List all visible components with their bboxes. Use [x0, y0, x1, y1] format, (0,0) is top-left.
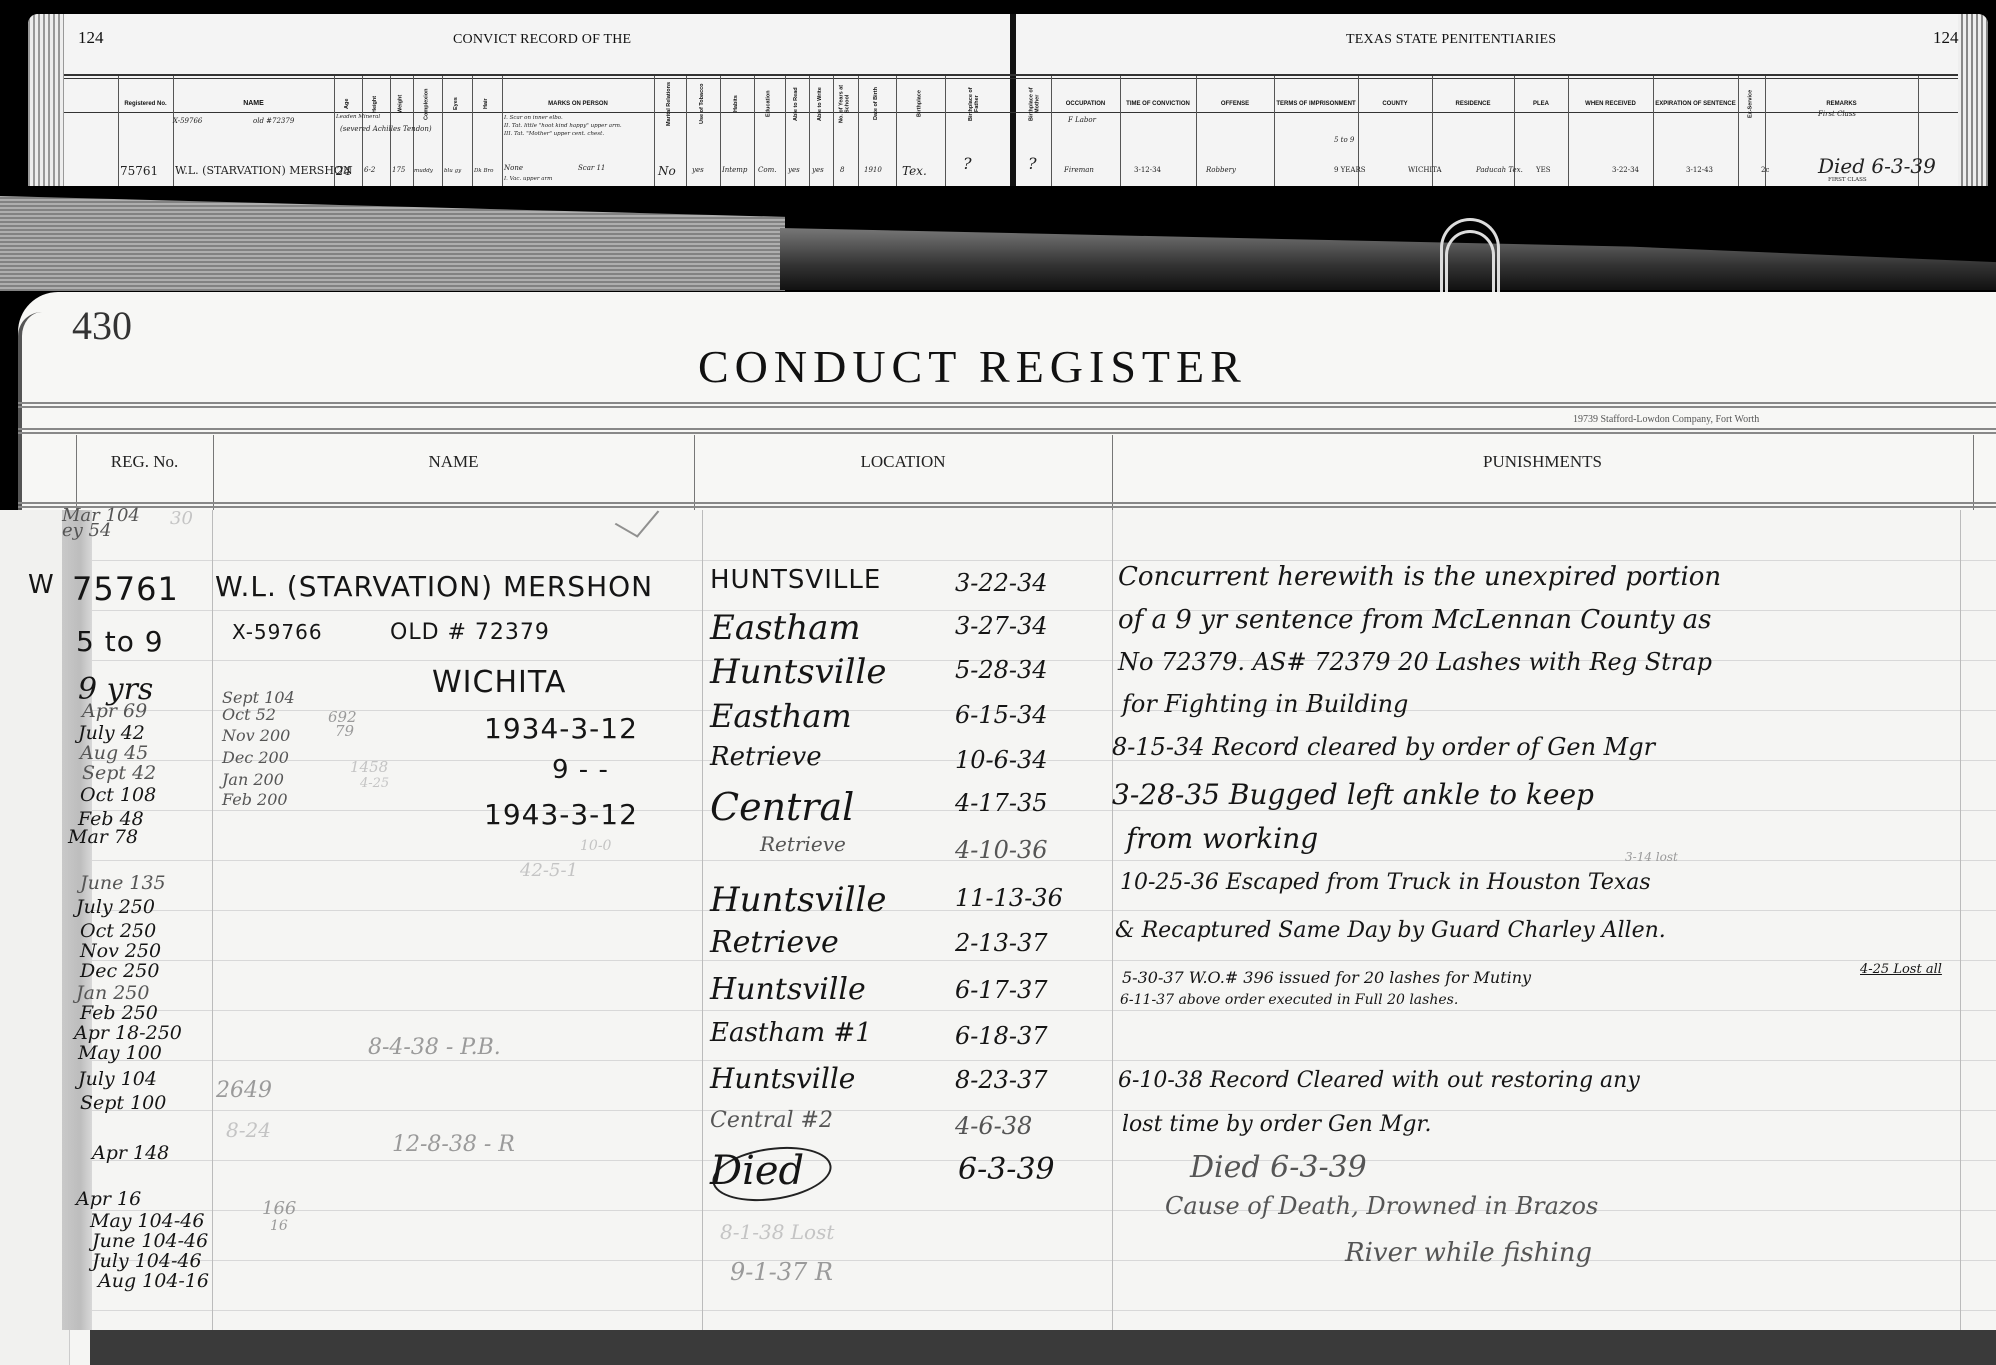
col-education: Education [754, 82, 785, 126]
location-place: Died [710, 1148, 804, 1194]
ex-service: 2c [1761, 166, 1769, 174]
punishment-line: Cause of Death, Drowned in Brazos [1165, 1192, 1598, 1220]
height: 6-2 [364, 166, 375, 174]
margin-note: 4-25 Lost all [1860, 962, 1942, 977]
col-complexion: Complexion [413, 82, 442, 126]
location-date: 6-18-37 [955, 1022, 1048, 1050]
col-time-of-conviction: TIME OF CONVICTION [1120, 82, 1196, 126]
punishment-line: from working [1126, 822, 1318, 855]
ledger-entry: June 104-46 [92, 1230, 208, 1252]
ledger-entry: Apr 148 [92, 1142, 169, 1164]
register-title: CONDUCT REGISTER [698, 340, 1247, 393]
punishment-line: of a 9 yr sentence from McLennan County … [1118, 605, 1712, 635]
pencil-note: 10-0 [580, 838, 611, 854]
age: 24 [336, 164, 351, 178]
book-edge [90, 1330, 1996, 1365]
marks-line-3: III. Tat. "Mother" upper cent. chest. [504, 131, 604, 137]
location-place: HUNTSVILLE [710, 565, 881, 595]
pencil-note: 42-5-1 [520, 860, 578, 881]
col-registered-no: Registered No. [118, 82, 173, 126]
page-edges-left [28, 14, 64, 186]
punishment-line: 10-25-36 Escaped from Truck in Houston T… [1120, 870, 1651, 895]
col-tobacco: Use of Tobacco [686, 82, 720, 126]
ledger-total: 8-24 [226, 1118, 271, 1142]
ledger-entry: Oct 108 [80, 784, 156, 806]
col-able-to-read: Able to Read [785, 82, 809, 126]
col-location: LOCATION [694, 452, 1112, 472]
ledger-entry: July 104 [78, 1068, 157, 1090]
location-place: Huntsville [710, 880, 887, 920]
location-date: 4-6-38 [955, 1112, 1032, 1140]
punishment-line: & Recaptured Same Day by Guard Charley A… [1115, 918, 1666, 943]
marital: No [658, 164, 676, 178]
col-birthplace: Birthplace [896, 82, 945, 126]
punishment-line: lost time by order Gen Mgr. [1122, 1112, 1432, 1137]
location-date: 3-22-34 [955, 569, 1048, 597]
able-to-read: yes [788, 166, 800, 174]
row-mark: W [28, 570, 55, 600]
page-number-right: 124 [1933, 28, 1959, 48]
location-date: 2-13-37 [955, 929, 1048, 957]
punishment-line: No 72379. AS# 72379 20 Lashes with Reg S… [1118, 648, 1712, 676]
location-place: Eastham [710, 608, 861, 648]
punishment-line: Died 6-3-39 [1190, 1150, 1367, 1185]
ledger-entry: Feb 200 [222, 790, 288, 809]
old-number: old #72379 [253, 117, 294, 125]
left-flap-page [0, 510, 70, 1365]
birth-year: 1910 [864, 166, 882, 174]
punishment-line: 8-15-34 Record cleared by order of Gen M… [1112, 733, 1655, 761]
ledger-total: 1458 [350, 758, 388, 776]
ledger-total: 2649 [216, 1078, 272, 1103]
cloth-cover [0, 196, 785, 291]
ledger-entry: Aug 104-16 [98, 1270, 209, 1292]
terms-top: 5 to 9 [1334, 136, 1354, 144]
offense: Robbery [1206, 166, 1236, 174]
school-years: 8 [840, 166, 844, 174]
pencil-note: 12-8-38 - R [392, 1132, 515, 1157]
mother-birthplace: ? [1028, 154, 1037, 173]
ledger-entry: Nov 200 [222, 726, 290, 745]
marks-scar: Scar 11 [578, 164, 605, 172]
register-inmate-name: W.L. (STARVATION) MERSHON [215, 570, 653, 603]
col-marital: Marital Relations [654, 82, 686, 126]
birthplace: Tex. [902, 164, 927, 178]
location-place: Huntsville [710, 1062, 855, 1095]
ledger-entry: Jan 250 [76, 982, 150, 1004]
col-punishments: PUNISHMENTS [1112, 452, 1973, 472]
register-alias: X-59766 [232, 620, 323, 644]
marks-line-1: I. Scar on inner elbo. [504, 115, 563, 121]
spine-cover [780, 228, 1996, 290]
ledger-entry: Sept 42 [82, 762, 156, 784]
col-weight: Weight [390, 82, 413, 126]
ledger-entry: July 42 [78, 722, 145, 744]
expiration-date: 1943-3-12 [484, 798, 638, 831]
punishment-line: 6-11-37 above order executed in Full 20 … [1120, 992, 1458, 1008]
ledger-entry: Sept 100 [80, 1092, 166, 1114]
col-county: COUNTY [1358, 82, 1432, 126]
location-date: 3-27-34 [955, 612, 1048, 640]
injury-note: (severed Achilles Tendon) [340, 125, 432, 133]
alias-number: X-59766 [173, 117, 202, 125]
eyes: blu gy [444, 168, 461, 174]
residence: Paducah Tex. [1476, 166, 1523, 174]
ledger-entry: Jan 200 [222, 770, 284, 789]
expiration: 3-12-43 [1686, 166, 1713, 174]
col-terms: TERMS OF IMPRISONMENT [1274, 82, 1358, 126]
ledger-entry: June 135 [80, 872, 166, 894]
register-reg-no: 75761 [72, 570, 179, 608]
inmate-name: W.L. (STARVATION) MERSHON [175, 164, 353, 177]
convict-record-title: CONVICT RECORD OF THE [453, 32, 631, 48]
hair: Dk Bro [474, 168, 493, 174]
remarks: Died 6-3-39 [1818, 154, 1936, 178]
location-date: 6-17-37 [955, 976, 1048, 1004]
ledger-entry: May 104-46 [90, 1210, 204, 1232]
location-place: Retrieve [710, 742, 822, 772]
ledger-entry: Oct 250 [80, 920, 156, 942]
punishment-line: 6-10-38 Record Cleared with out restorin… [1118, 1068, 1640, 1093]
col-remarks: REMARKS [1765, 82, 1918, 126]
convict-record-page: 124 124 CONVICT RECORD OF THE TEXAS STAT… [28, 14, 1988, 186]
location-date: 11-13-36 [955, 884, 1063, 912]
conviction-date: 1934-3-12 [484, 712, 638, 745]
location-place: Eastham #1 [710, 1018, 872, 1048]
ledger-entry: Feb 250 [80, 1002, 158, 1024]
ledger-entry: Aug 45 [80, 742, 148, 764]
location-place: Huntsville [710, 652, 887, 692]
tobacco: yes [692, 166, 704, 174]
ledger-total: 16 [270, 1218, 288, 1234]
time-of-conviction: 3-12-34 [1134, 166, 1161, 174]
page-number-left: 124 [78, 28, 104, 48]
overflow-note: 30 [170, 508, 193, 529]
col-residence: RESIDENCE [1432, 82, 1514, 126]
location-place: Central #2 [710, 1108, 833, 1133]
col-years-at-school: No. of Years at School [833, 82, 858, 126]
ledger-entry: Mar 78 [68, 826, 138, 848]
habits: Intemp [722, 166, 747, 174]
ledger-total: 166 [262, 1198, 296, 1219]
margin-note: 3-14 lost [1625, 850, 1678, 864]
location-pencil-note: 9-1-37 R [730, 1258, 833, 1286]
pencil-note: 8-4-38 - P.B. [368, 1035, 501, 1060]
reg-no: 75761 [120, 164, 158, 178]
marks-none: None [504, 164, 523, 172]
col-reg-no: REG. No. [76, 452, 213, 472]
col-name: NAME [213, 452, 694, 472]
punishment-line: 3-28-35 Bugged left ankle to keep [1112, 778, 1594, 811]
education: Com. [758, 166, 776, 174]
binding-thread [1445, 230, 1495, 300]
col-hair: Hair [472, 82, 502, 126]
register-old-number: OLD # 72379 [390, 620, 550, 645]
col-date-of-birth: Date of Birth [858, 82, 896, 126]
col-when-received: WHEN RECEIVED [1568, 82, 1653, 126]
col-offense: OFFENSE [1196, 82, 1274, 126]
punishment-line: Concurrent herewith is the unexpired por… [1118, 562, 1721, 592]
remarks-bottom: FIRST CLASS [1828, 177, 1867, 183]
location-date: 8-23-37 [955, 1066, 1048, 1094]
col-habits: Habits [720, 82, 754, 126]
location-place: Huntsville [710, 972, 866, 1007]
col-ex-service: Ex-Service [1738, 82, 1765, 126]
complexion-note: Leaden Mineral [336, 114, 380, 120]
occupation-top: F Labor [1068, 116, 1096, 124]
occupation: Fireman [1064, 166, 1094, 174]
location-date: 4-10-36 [955, 836, 1048, 864]
location-place: Eastham [710, 697, 852, 735]
ledger-entry: Nov 250 [80, 940, 161, 962]
marks-line-2: II. Tat. little "hoot kind happy" upper … [504, 123, 622, 129]
col-expiration: EXPIRATION OF SENTENCE [1653, 82, 1738, 126]
sentence-term: 9 - - [552, 755, 609, 785]
punishment-line: for Fighting in Building [1122, 690, 1408, 718]
location-date: 10-6-34 [955, 746, 1048, 774]
when-received: 3-22-34 [1612, 166, 1639, 174]
col-birthplace-father: Birthplace of Father [945, 82, 1005, 126]
col-birthplace-mother: Birthplace of Mother [1020, 82, 1051, 126]
register-county: WICHITA [432, 665, 566, 700]
ledger-entry: Apr 69 [82, 700, 147, 722]
ledger-total: 79 [335, 722, 354, 740]
marks-vac: I. Vac. upper arm [504, 176, 552, 182]
ledger-total: 4-25 [360, 776, 389, 791]
county: WICHITA [1408, 166, 1442, 174]
location-place: Retrieve [760, 832, 846, 856]
register-page-number: 430 [72, 302, 132, 349]
page-edges-right [1958, 14, 1988, 186]
book-binding [0, 188, 1996, 298]
book-gutter [1010, 14, 1016, 186]
location-date: 5-28-34 [955, 656, 1048, 684]
register-term: 5 to 9 [76, 625, 164, 658]
ledger-entry: July 104-46 [92, 1250, 202, 1272]
ledger-entry: Apr 16 [76, 1188, 141, 1210]
weight: 175 [392, 166, 405, 174]
ledger-entry: Oct 52 [222, 705, 276, 724]
col-eyes: Eyes [442, 82, 472, 126]
location-place: Retrieve [710, 925, 839, 960]
location-place: Central [710, 785, 854, 829]
punishment-line: River while fishing [1345, 1238, 1592, 1268]
ledger-entry: Dec 250 [80, 960, 159, 982]
location-date: 6-15-34 [955, 701, 1048, 729]
ledger-entry: Dec 200 [222, 748, 289, 767]
printer-imprint: 19739 Stafford-Lowdon Company, Fort Wort… [1573, 414, 1759, 425]
col-plea: PLEA [1514, 82, 1568, 126]
location-date: 6-3-39 [958, 1152, 1055, 1187]
texas-penitentiaries-title: TEXAS STATE PENITENTIARIES [1346, 32, 1556, 48]
father-birthplace: ? [963, 154, 972, 173]
location-pencil-note: 8-1-38 Lost [720, 1220, 834, 1244]
location-date: 4-17-35 [955, 789, 1048, 817]
col-able-to-write: Able to Write [809, 82, 833, 126]
plea: YES [1536, 166, 1551, 174]
ledger-entry: May 100 [78, 1042, 162, 1064]
punishment-line: 5-30-37 W.O.# 396 issued for 20 lashes f… [1122, 968, 1531, 987]
remarks-top: First Class [1818, 110, 1856, 118]
overflow-note: ey 54 [62, 520, 111, 541]
able-to-write: yes [812, 166, 824, 174]
ledger-entry: Apr 18-250 [74, 1022, 182, 1044]
complexion: muddy [414, 168, 433, 174]
ledger-entry: July 250 [76, 896, 155, 918]
terms: 9 YEARS [1334, 166, 1366, 174]
